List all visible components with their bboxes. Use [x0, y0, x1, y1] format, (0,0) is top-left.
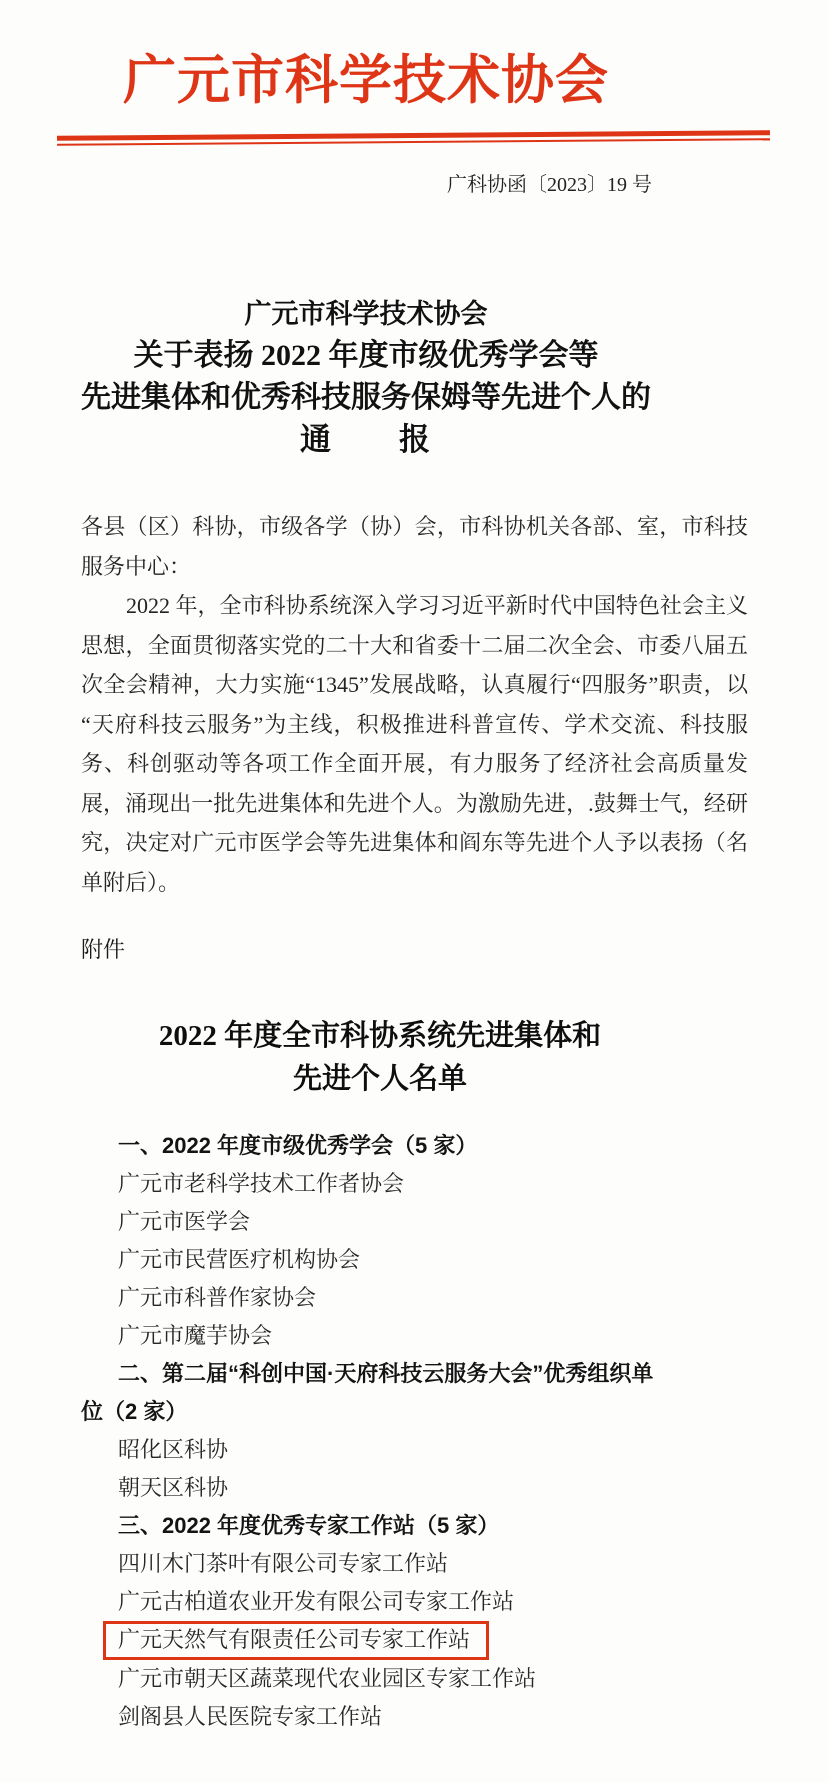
title-line-3: 先进集体和优秀科技服务保姆等先进个人的 — [66, 377, 666, 419]
letterhead-divider-rule — [57, 130, 770, 146]
attachment-title: 2022 年度全市科协系统先进集体和 先进个人名单 — [60, 1015, 700, 1101]
list-item: 广元市朝天区蔬菜现代农业园区专家工作站 — [81, 1660, 748, 1698]
list-item: 昭化区科协 — [81, 1431, 748, 1469]
list-item: 广元市科普作家协会 — [81, 1279, 748, 1317]
document-number: 广科协函〔2023〕19 号 — [0, 170, 828, 200]
section-2-heading-line-2: 位（2 家） — [81, 1393, 748, 1431]
title-line-4: 通 报 — [66, 419, 666, 461]
list-item: 剑阁县人民医院专家工作站 — [81, 1698, 748, 1736]
salutation: 各县（区）科协，市级各学（协）会，市科协机关各部、室，市科技服务中心： — [81, 507, 748, 586]
list-item-highlighted: 广元天然气有限责任公司专家工作站 — [81, 1621, 748, 1660]
list-item: 广元市民营医疗机构协会 — [81, 1241, 748, 1279]
list-item: 四川木门茶叶有限公司专家工作站 — [81, 1545, 748, 1583]
document-page: 广元市科学技术协会 广科协函〔2023〕19 号 广元市科学技术协会 关于表扬 … — [0, 0, 828, 1782]
attachment-title-line-1: 2022 年度全市科协系统先进集体和 — [60, 1015, 700, 1058]
section-3-heading: 三、2022 年度优秀专家工作站（5 家） — [81, 1507, 748, 1545]
title-line-2: 关于表扬 2022 年度市级优秀学会等 — [66, 335, 666, 377]
list-item: 广元市魔芋协会 — [81, 1317, 748, 1355]
award-roster: 一、2022 年度市级优秀学会（5 家） 广元市老科学技术工作者协会 广元市医学… — [81, 1127, 748, 1736]
letterhead: 广元市科学技术协会 广科协函〔2023〕19 号 — [0, 48, 828, 200]
list-item: 广元市医学会 — [81, 1203, 748, 1241]
section-2-heading-line-1: 二、第二届“科创中国·天府科技云服务大会”优秀组织单 — [81, 1355, 748, 1393]
list-item: 广元古柏道农业开发有限公司专家工作站 — [81, 1583, 748, 1621]
title-line-1: 广元市科学技术协会 — [66, 293, 666, 335]
body-paragraph: 2022 年，全市科协系统深入学习习近平新时代中国特色社会主义思想，全面贯彻落实… — [81, 586, 748, 902]
letterhead-org-name: 广元市科学技术协会 — [60, 48, 672, 114]
section-1-heading: 一、2022 年度市级优秀学会（5 家） — [81, 1127, 748, 1165]
attachment-title-line-2: 先进个人名单 — [60, 1058, 700, 1101]
attachment-label: 附件 — [81, 935, 828, 965]
document-body: 各县（区）科协，市级各学（协）会，市科协机关各部、室，市科技服务中心： 2022… — [81, 507, 748, 902]
list-item: 朝天区科协 — [81, 1469, 748, 1507]
list-item: 广元市老科学技术工作者协会 — [81, 1165, 748, 1203]
red-highlight-box: 广元天然气有限责任公司专家工作站 — [103, 1621, 489, 1660]
document-title-block: 广元市科学技术协会 关于表扬 2022 年度市级优秀学会等 先进集体和优秀科技服… — [66, 293, 666, 461]
